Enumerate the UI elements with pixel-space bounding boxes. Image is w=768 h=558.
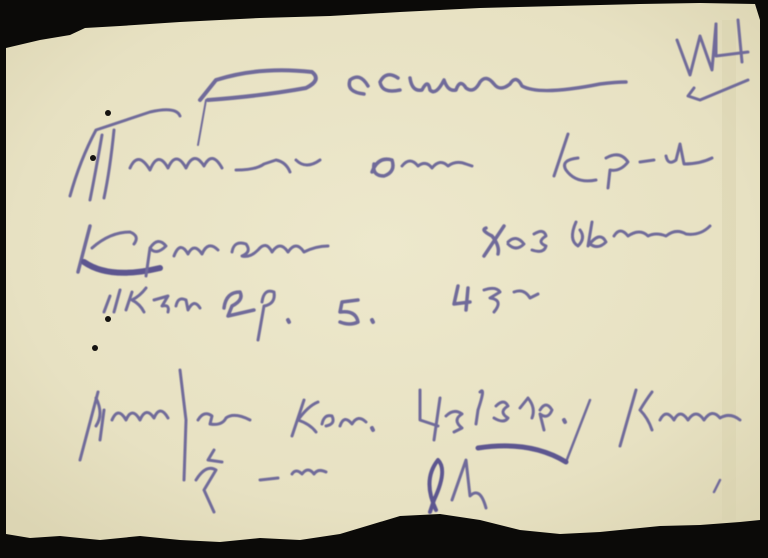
- corner-mark: ИЛ: [676, 26, 737, 67]
- signature: Ф.Ч.: [420, 464, 510, 510]
- text-line-4: принял Ком. хоз взвод. /Камагиз: [80, 392, 674, 432]
- text-line-2: Кременчуг хоз взвода: [78, 220, 545, 266]
- text-line-5: 2 -ой: [196, 456, 272, 491]
- document-photo: ИЛ Расписка Принято одно К-р-цы Кременчу…: [0, 0, 768, 558]
- text-line-1: Принято одно К-р-цы: [70, 130, 540, 176]
- document-title: Расписка: [200, 60, 385, 104]
- text-line-3: нквд 29. 5. 43г: [104, 282, 367, 322]
- handwritten-text: ИЛ Расписка Принято одно К-р-цы Кременчу…: [0, 0, 768, 558]
